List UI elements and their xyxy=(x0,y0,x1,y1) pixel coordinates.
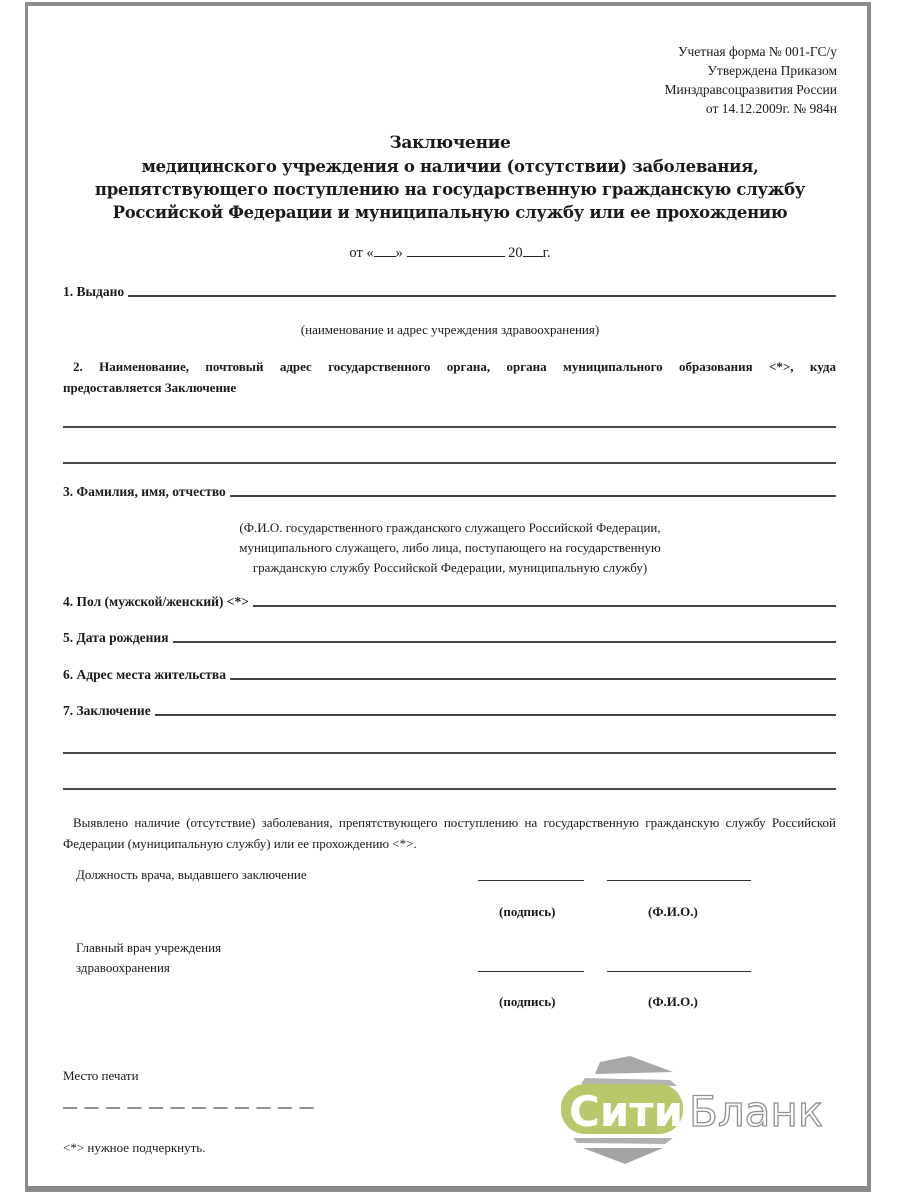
address-input-line[interactable] xyxy=(230,677,836,680)
doctor-signature-line[interactable] xyxy=(478,880,584,881)
doctor-position-label: Должность врача, выдавшего заключение xyxy=(76,865,307,885)
year-field[interactable] xyxy=(523,244,543,257)
date-line: от «» 20г. xyxy=(0,244,900,262)
birth-date-label: 5. Дата рождения xyxy=(63,630,173,646)
sex-field[interactable]: 4. Пол (мужской/женский) <*> xyxy=(63,594,836,610)
caption-line: (Ф.И.О. государственного гражданского сл… xyxy=(0,518,900,538)
full-name-input-line[interactable] xyxy=(230,494,836,497)
full-name-field[interactable]: 3. Фамилия, имя, отчество xyxy=(63,484,836,500)
issued-caption: (наименование и адрес учреждения здравоо… xyxy=(0,320,900,340)
stamp-label: Место печати xyxy=(63,1068,139,1084)
logo-icon: Сити Бланк xyxy=(555,1048,855,1168)
birth-date-input-line[interactable] xyxy=(173,640,836,643)
recipient-label-line1: 2. Наименование, почтовый адрес государс… xyxy=(63,356,836,377)
recipient-input-line-1[interactable] xyxy=(63,426,836,428)
conclusion-input-line-2[interactable] xyxy=(63,752,836,754)
chief-doctor-label: Главный врач учреждения здравоохранения xyxy=(76,938,221,978)
svg-text:Сити: Сити xyxy=(569,1087,683,1136)
stamp-dashes: — — — — — — — — — — — — xyxy=(63,1100,316,1116)
approval-line: Минздравсоцразвития России xyxy=(537,80,837,99)
date-quote: » xyxy=(396,245,403,261)
chief-doctor-label-line2: здравоохранения xyxy=(76,958,221,978)
conclusion-input-line[interactable] xyxy=(155,713,836,716)
issued-label: 1. Выдано xyxy=(63,284,128,300)
svg-text:Бланк: Бланк xyxy=(689,1087,823,1136)
full-name-caption: (Ф.И.О. государственного гражданского сл… xyxy=(0,518,900,578)
footnote: <*> нужное подчеркнуть. xyxy=(63,1140,205,1156)
year-suffix: г. xyxy=(543,245,551,261)
year-prefix: 20 xyxy=(508,245,523,261)
issued-input-line[interactable] xyxy=(128,294,836,297)
recipient-label-line2: предоставляется Заключение xyxy=(63,377,836,398)
chief-doctor-label-line1: Главный врач учреждения xyxy=(76,938,221,958)
date-prefix: от « xyxy=(349,245,373,261)
sex-input-line[interactable] xyxy=(253,604,836,607)
caption-line: гражданскую службу Российской Федерации,… xyxy=(0,558,900,578)
chief-name-caption: (Ф.И.О.) xyxy=(648,994,698,1010)
approval-block: Учетная форма № 001-ГС/у Утверждена Прик… xyxy=(537,42,837,118)
caption-line: муниципального служащего, либо лица, пос… xyxy=(0,538,900,558)
doctor-name-line[interactable] xyxy=(607,880,751,881)
title-line: Российской Федерации и муниципальную слу… xyxy=(0,201,900,224)
full-name-label: 3. Фамилия, имя, отчество xyxy=(63,484,230,500)
conclusion-input-line-3[interactable] xyxy=(63,788,836,790)
outcome-text: Выявлено наличие (отсутствие) заболевани… xyxy=(63,812,836,854)
recipient-label: 2. Наименование, почтовый адрес государс… xyxy=(63,356,836,398)
title-line: препятствующего поступлению на государст… xyxy=(0,178,900,201)
title-line: медицинского учреждения о наличии (отсут… xyxy=(0,155,900,178)
document-title: Заключение медицинского учреждения о нал… xyxy=(0,132,900,224)
citiblank-logo: Сити Бланк xyxy=(555,1048,855,1168)
address-label: 6. Адрес места жительства xyxy=(63,667,230,683)
recipient-input-line-2[interactable] xyxy=(63,462,836,464)
doctor-signature-caption: (подпись) xyxy=(499,904,555,920)
birth-date-field[interactable]: 5. Дата рождения xyxy=(63,630,836,646)
doctor-name-caption: (Ф.И.О.) xyxy=(648,904,698,920)
title-heading: Заключение xyxy=(0,132,900,155)
sex-label: 4. Пол (мужской/женский) <*> xyxy=(63,594,253,610)
chief-name-line[interactable] xyxy=(607,971,751,972)
day-field[interactable] xyxy=(374,244,396,257)
conclusion-label: 7. Заключение xyxy=(63,703,155,719)
conclusion-field[interactable]: 7. Заключение xyxy=(63,703,836,719)
address-field[interactable]: 6. Адрес места жительства xyxy=(63,667,836,683)
approval-line: от 14.12.2009г. № 984н xyxy=(537,99,837,118)
chief-signature-caption: (подпись) xyxy=(499,994,555,1010)
approval-line: Утверждена Приказом xyxy=(537,61,837,80)
approval-line: Учетная форма № 001-ГС/у xyxy=(537,42,837,61)
issued-field[interactable]: 1. Выдано xyxy=(63,284,836,300)
chief-signature-line[interactable] xyxy=(478,971,584,972)
month-field[interactable] xyxy=(407,244,505,257)
